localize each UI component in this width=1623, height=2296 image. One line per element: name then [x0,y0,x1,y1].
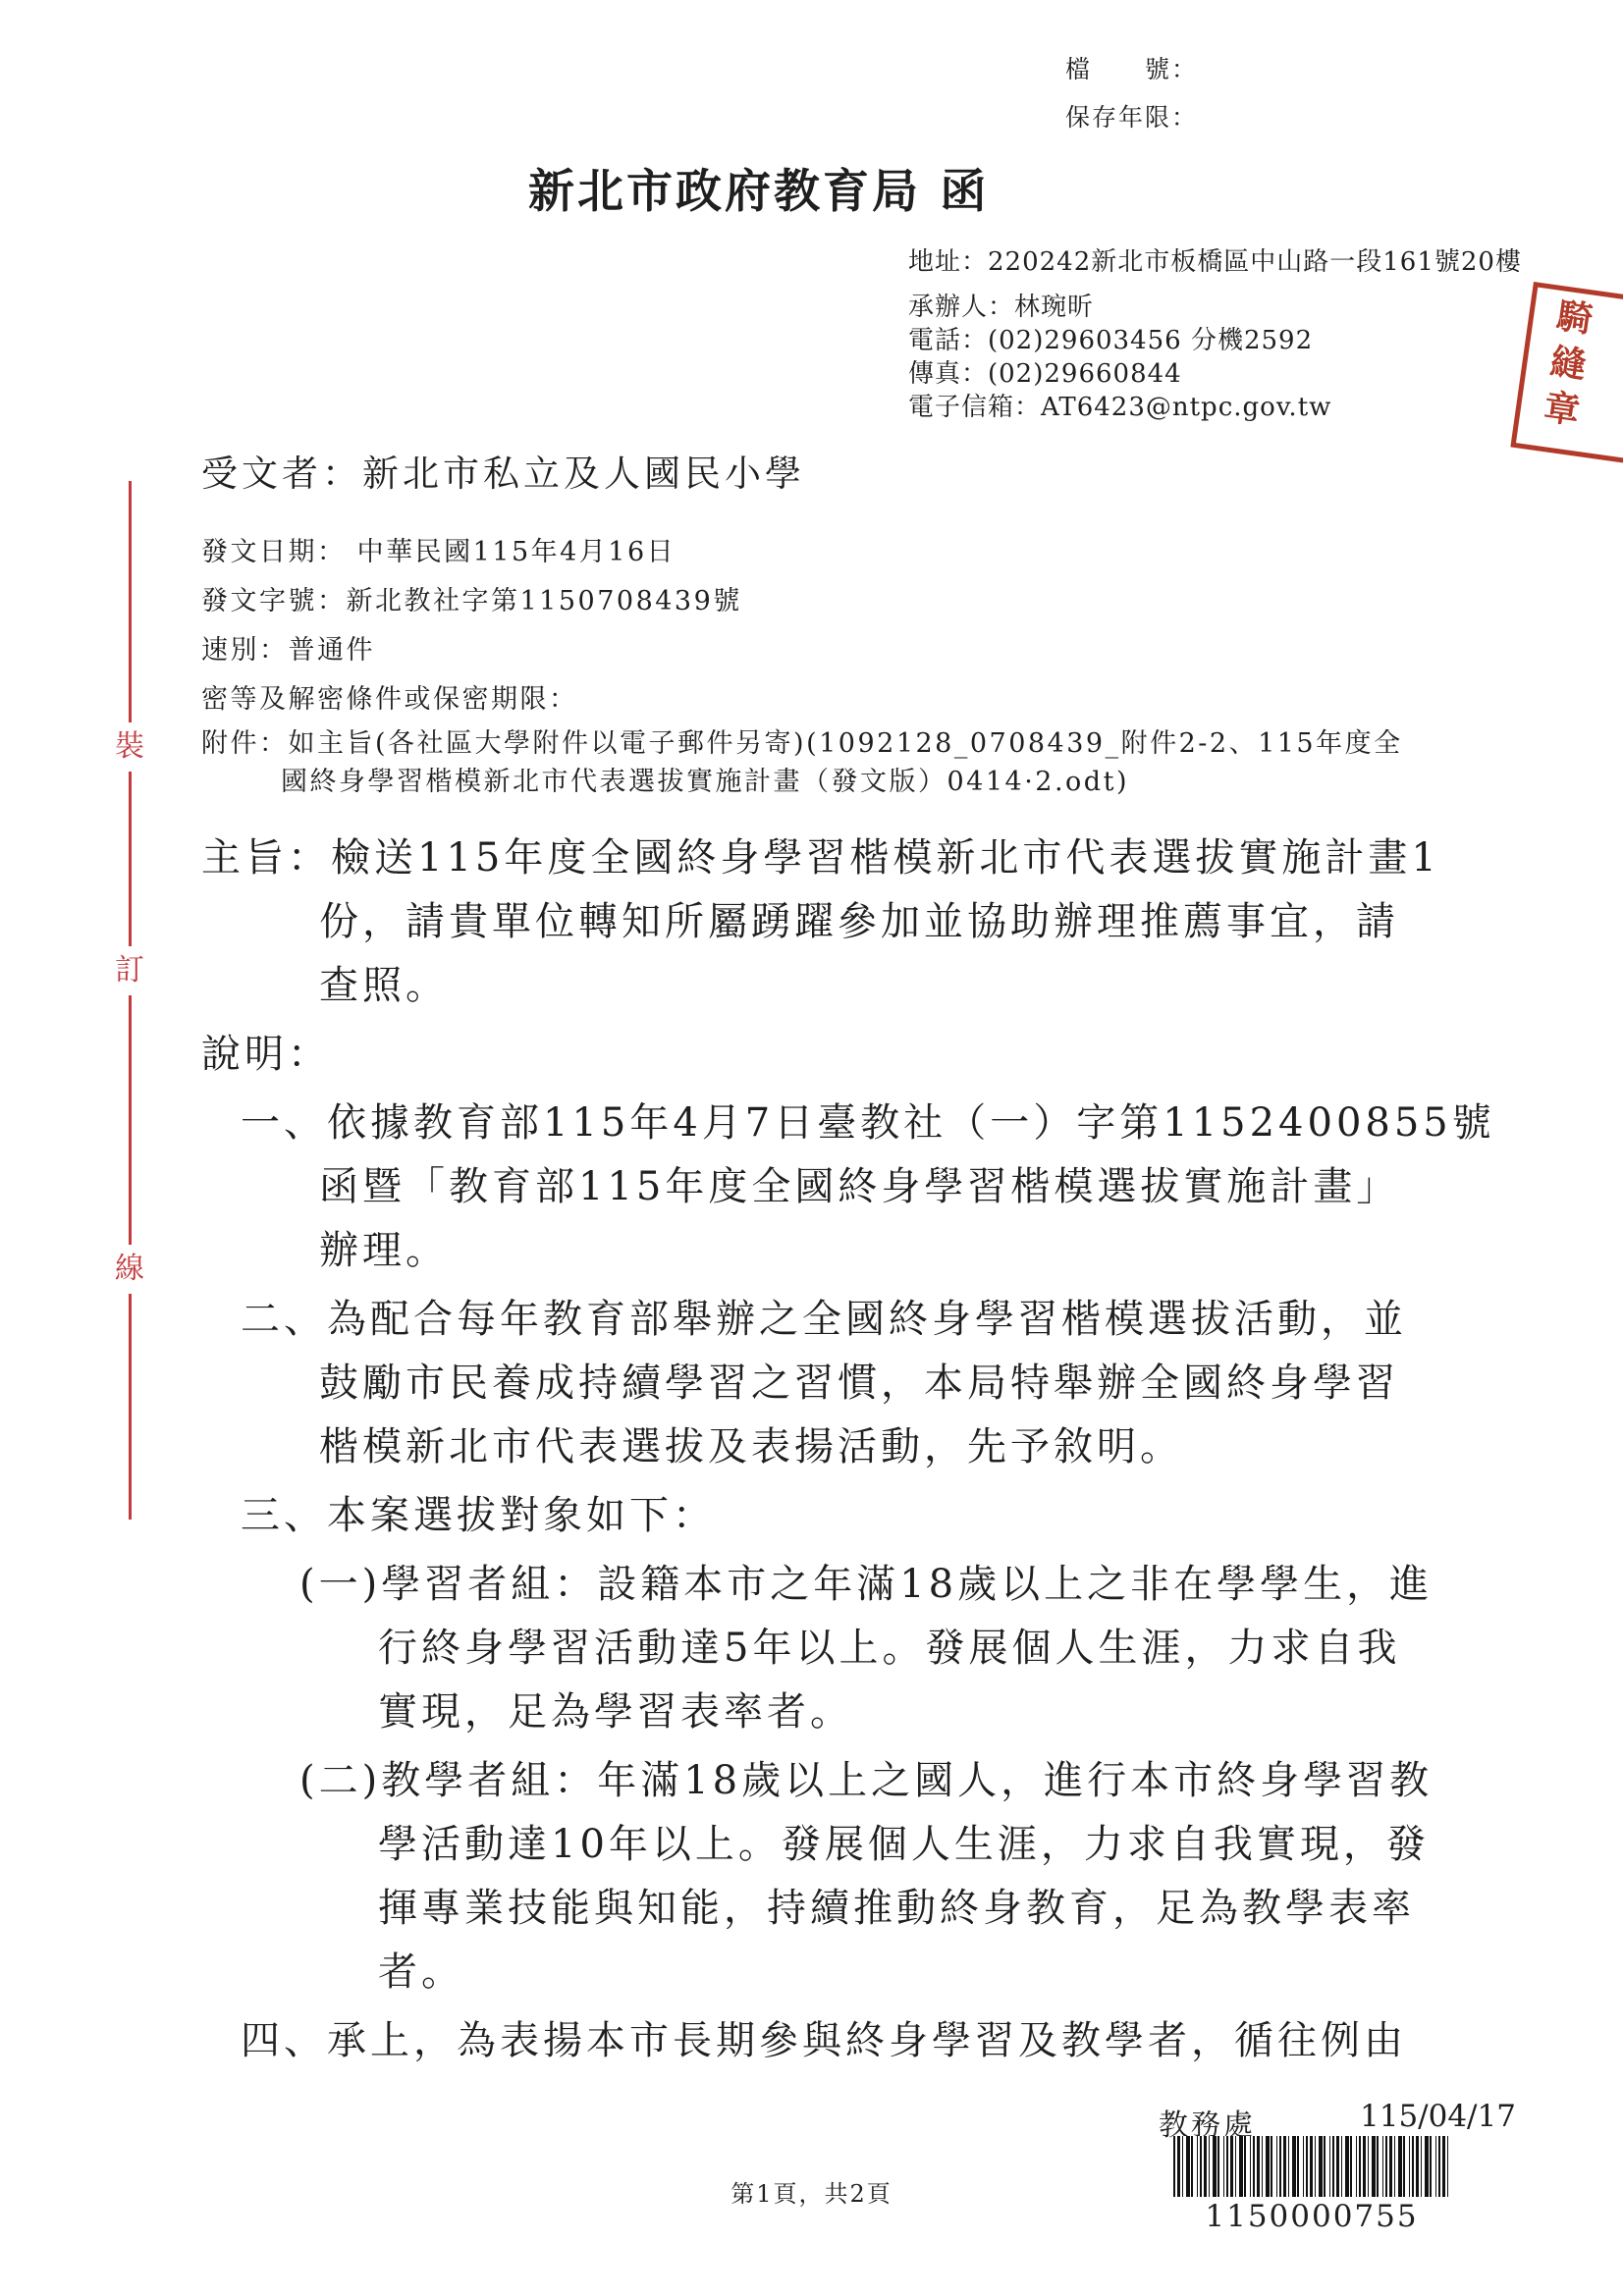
file-number-label: 檔 號： [1065,45,1198,93]
meta-field: 速別：普通件 [201,626,1403,675]
body-paragraph: 主旨：檢送115年度全國終身學習楷模新北市代表選拔實施計畫1份，請貴單位轉知所屬… [201,827,1495,1018]
binding-char-ding: 訂 [112,946,147,995]
body-paragraph: 三、本案選拔對象如下： [201,1484,1495,1548]
contact-fax: 傳真：(02)29660844 [908,357,1522,391]
recipient-line: 受文者：新北市私立及人國民小學 [201,444,805,497]
body-paragraph: (一)學習者組：設籍本市之年滿18歲以上之非在學學生，進行終身學習活動達5年以上… [201,1553,1495,1744]
official-document-page: 檔 號： 保存年限： 新北市政府教育局 函 地址：220242新北市板橋區中山路… [0,0,1623,2296]
body-paragraph: 一、依據教育部115年4月7日臺教社（一）字第1152400855號函暨「教育部… [201,1092,1495,1283]
file-number-block: 檔 號： 保存年限： [1065,45,1198,141]
body-paragraph: 說明： [201,1023,1495,1087]
body-paragraph: 二、為配合每年教育部舉辦之全國終身學習楷模選拔活動，並鼓勵市民養成持續學習之習慣… [201,1288,1495,1479]
document-title: 新北市政府教育局 函 [528,155,989,221]
contact-email: 電子信箱：AT6423@ntpc.gov.tw [908,391,1522,424]
body-paragraph: 四、承上，為表揚本市長期參與終身學習及教學者，循往例由 [201,2009,1495,2073]
document-body: 主旨：檢送115年度全國終身學習楷模新北市代表選拔實施計畫1份，請貴單位轉知所屬… [201,827,1495,2078]
body-paragraph: (二)教學者組：年滿18歲以上之國人，進行本市終身學習教學活動達10年以上。發展… [201,1749,1495,2004]
binding-char-zhuang: 裝 [112,722,147,772]
riding-seam-seal-stamp: 騎縫章 [1510,282,1623,466]
meta-field: 密等及解密條件或保密期限： [201,675,1403,724]
binding-char-xian: 線 [112,1245,147,1294]
seal-text: 騎縫章 [1532,295,1600,440]
registry-date-stamp: 115/04/17 [1360,2099,1516,2134]
meta-block: 發文日期： 中華民國115年4月16日發文字號：新北教社字第1150708439… [201,528,1403,801]
registry-barcode-number: 1150000755 [1173,2199,1450,2234]
meta-field: 發文字號：新北教社字第1150708439號 [201,577,1403,626]
contact-phone: 電話：(02)29603456 分機2592 [908,324,1522,357]
meta-field: 附件：如主旨(各社區大學附件以電子郵件另寄)(1092128_0708439_附… [201,724,1403,801]
contact-person: 承辦人：林琬昕 [908,291,1522,324]
retention-period-label: 保存年限： [1065,93,1198,141]
registry-barcode [1173,2136,1450,2197]
meta-field: 發文日期： 中華民國115年4月16日 [201,528,1403,577]
binding-line [129,481,132,1520]
agency-contact-block: 地址：220242新北市板橋區中山路一段161號20樓 承辦人：林琬昕 電話：(… [908,245,1522,424]
agency-address: 地址：220242新北市板橋區中山路一段161號20樓 [908,245,1522,279]
